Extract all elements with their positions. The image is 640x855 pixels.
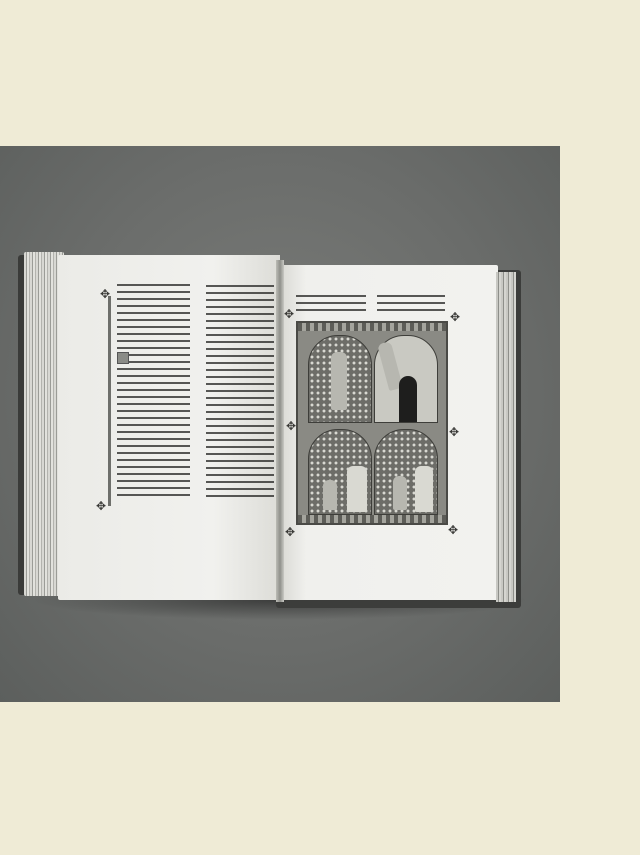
canopy-structure xyxy=(347,466,367,512)
panel-falling-figure xyxy=(374,335,438,423)
canopy-structure xyxy=(415,466,433,512)
standing-figure xyxy=(331,352,347,410)
flourish-icon: ✥ xyxy=(450,311,460,323)
tower-doorway xyxy=(399,376,417,422)
flourish-icon: ✥ xyxy=(96,500,106,512)
flourish-icon: ✥ xyxy=(100,288,110,300)
kneeling-figure xyxy=(323,480,337,510)
marginal-bar-border xyxy=(108,296,111,506)
miniature-frame-top xyxy=(298,323,446,331)
right-page-text-right xyxy=(377,295,445,312)
panel-kneeling-figure-1 xyxy=(308,429,372,515)
panel-kneeling-figure-2 xyxy=(374,429,438,515)
left-page-column-1 xyxy=(117,284,190,498)
miniature-frame-bottom xyxy=(298,515,446,523)
flourish-icon: ✥ xyxy=(285,526,295,538)
decorated-initial xyxy=(117,352,129,364)
flourish-icon: ✥ xyxy=(448,524,458,536)
flourish-icon: ✥ xyxy=(284,308,294,320)
left-page-column-2 xyxy=(206,285,274,498)
miniature-illumination xyxy=(296,321,448,525)
flourish-icon: ✥ xyxy=(449,426,459,438)
flourish-icon: ✥ xyxy=(286,420,296,432)
fore-edge-right xyxy=(496,272,516,602)
panel-standing-figure xyxy=(308,335,372,423)
gutter xyxy=(276,260,284,602)
right-page-text-left xyxy=(296,295,366,312)
kneeling-figure xyxy=(393,476,407,510)
